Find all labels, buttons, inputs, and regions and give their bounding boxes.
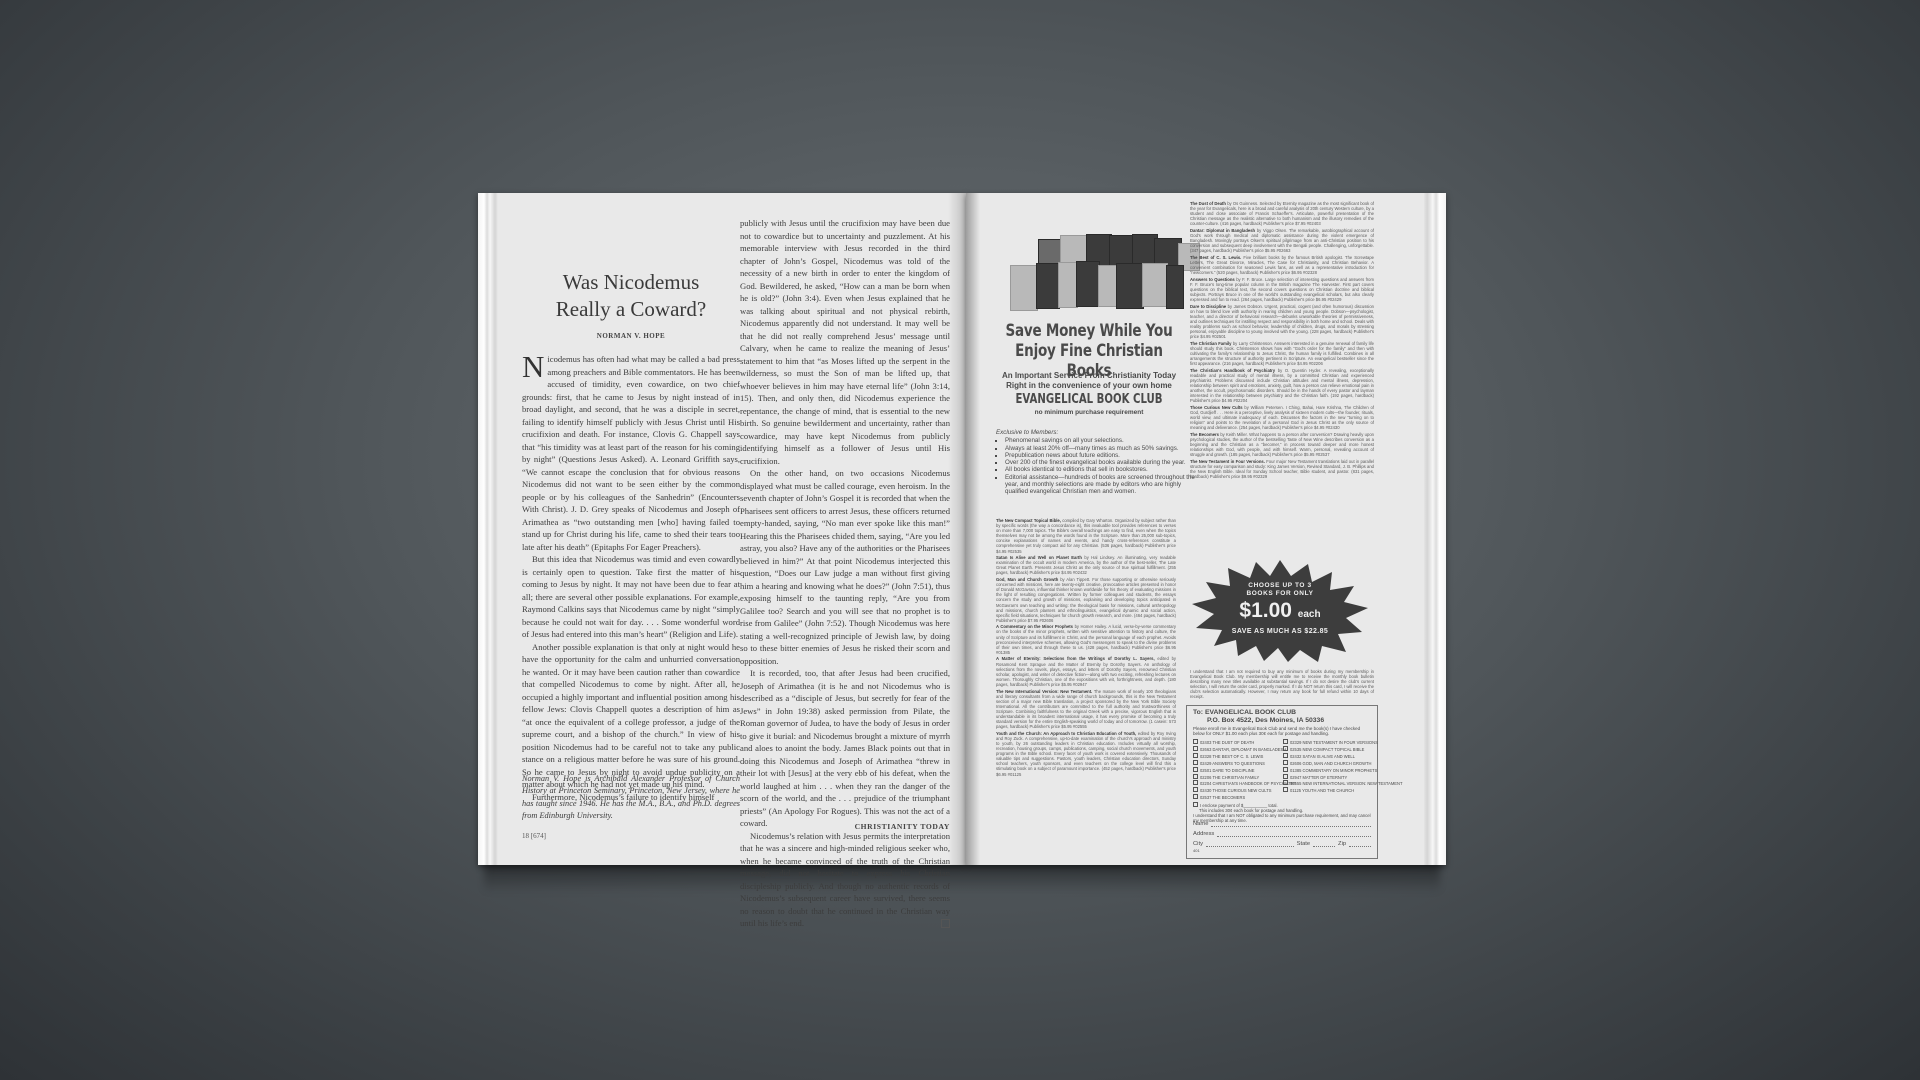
- book-body: compiled by Gary Wharton. Organized by s…: [996, 518, 1176, 554]
- zip-input-line[interactable]: [1349, 840, 1371, 847]
- paragraph-text: Nicodemus’s relation with Jesus permits …: [740, 831, 950, 929]
- page-edge-left: [478, 193, 498, 865]
- zip-label: Zip: [1338, 841, 1346, 847]
- book-body: by James Dobson. Urgent, practical, coge…: [1190, 304, 1374, 340]
- checklist-col-2: 02329 NEW TESTAMENT IN FOUR VERSIONS 025…: [1283, 739, 1371, 794]
- book-description: The New International Version: New Testa…: [996, 689, 1176, 730]
- book-checkbox[interactable]: 02403 THE DUST OF DEATH: [1193, 739, 1281, 746]
- benefit-item: Editorial assistance—hundreds of books a…: [1005, 474, 1196, 496]
- paragraph: On the other hand, on two occasions Nico…: [740, 467, 950, 667]
- drop-cap: N: [522, 354, 544, 380]
- benefit-item: Prepublication news about future edition…: [1005, 452, 1196, 459]
- book-description: The Christian Family by Larry Christenso…: [1190, 341, 1374, 366]
- coupon-to: To: EVANGELICAL BOOK CLUB: [1193, 709, 1324, 717]
- book-checkbox[interactable]: 02432 SATAN IS ALIVE AND WELL: [1283, 753, 1371, 760]
- paragraph: Nicodemus has often had what may be call…: [522, 353, 740, 553]
- article-byline: NORMAN V. HOPE: [522, 332, 740, 340]
- book-description: A Matter of Eternity: Selections from th…: [996, 656, 1176, 687]
- checkbox-label: 02204 CHRISTIAN'S HANDBOOK OF PSYCHIATRY: [1200, 781, 1296, 786]
- benefits-list: Phenomenal savings on all your selection…: [996, 437, 1196, 495]
- book-description: The Dust of Death by Os Guinness. Select…: [1190, 201, 1374, 226]
- checkbox-icon[interactable]: [1283, 760, 1288, 765]
- state-input-line[interactable]: [1313, 840, 1335, 847]
- book-checkbox[interactable]: 02328 THE BEST OF C. S. LEWIS: [1193, 753, 1281, 760]
- address-label: Address: [1193, 831, 1214, 837]
- benefit-item: All books identical to editions that sel…: [1005, 466, 1196, 473]
- book-checkbox[interactable]: 02501 DARE TO DISCIPLINE: [1193, 767, 1281, 774]
- checkbox-label: 02537 THE BECOMERS: [1200, 795, 1245, 800]
- title-line-1: Was Nicodemus: [522, 269, 740, 296]
- checkbox-icon[interactable]: [1283, 787, 1288, 792]
- book-checkbox[interactable]: 02663 DANTAR, DIPLOMAT IN BANGLADESH: [1193, 746, 1281, 753]
- benefit-item: Always at least 20% off—many times as mu…: [1005, 445, 1196, 452]
- benefits-header: Exclusive to Members:: [996, 429, 1196, 436]
- name-field[interactable]: Name: [1193, 820, 1371, 827]
- name-label: Name: [1193, 821, 1208, 827]
- book-body: The mature work of nearly 100 theologian…: [996, 689, 1176, 730]
- club-name: EVANGELICAL BOOK CLUB: [1007, 392, 1171, 407]
- book-description: Satan Is Alive and Well on Planet Earth …: [996, 555, 1176, 575]
- coupon-po-box: P.O. Box 4522, Des Moines, IA 50336: [1193, 717, 1324, 725]
- book-checkbox[interactable]: 02555 NEW INTERNATIONAL VERSION: NEW TES…: [1283, 780, 1371, 787]
- checkbox-label: 01125 YOUTH AND THE CHURCH: [1290, 788, 1354, 793]
- book-descriptions-right: The Dust of Death by Os Guinness. Select…: [1190, 201, 1374, 551]
- book-checkbox[interactable]: 02535 NEW COMPACT TOPICAL BIBLE: [1283, 746, 1371, 753]
- checkbox-icon[interactable]: [1193, 753, 1198, 758]
- book-description: The Christian's Handbook of Psychiatry b…: [1190, 368, 1374, 404]
- coupon-code: 401: [1193, 848, 1200, 853]
- book-description: Dare to Discipline by James Dobson. Urge…: [1190, 304, 1374, 340]
- left-page: Was Nicodemus Really a Coward? NORMAN V.…: [478, 193, 966, 865]
- burst-save: SAVE AS MUCH AS $22.85: [1190, 628, 1370, 635]
- checkbox-label: 02329 NEW TESTAMENT IN FOUR VERSIONS: [1290, 740, 1378, 745]
- checkbox-icon[interactable]: [1283, 753, 1288, 758]
- right-page: Save Money While You Enjoy Fine Christia…: [966, 193, 1446, 865]
- state-label: State: [1297, 841, 1311, 847]
- checkbox-icon[interactable]: [1193, 760, 1198, 765]
- checkbox-label: 02430 THOSE CURIOUS NEW CULTS: [1200, 788, 1272, 793]
- checkbox-label: 02535 NEW COMPACT TOPICAL BIBLE: [1290, 747, 1364, 752]
- ad-subheadline: An Important Service From Christianity T…: [984, 371, 1194, 391]
- checkbox-icon[interactable]: [1283, 774, 1288, 779]
- checkbox-label: 02328 THE BEST OF C. S. LEWIS: [1200, 754, 1263, 759]
- headline-line-1: Save Money While You: [1003, 321, 1175, 341]
- paragraph: Nicodemus’s relation with Jesus permits …: [740, 830, 950, 930]
- book-checkbox[interactable]: 01125 YOUTH AND THE CHURCH: [1283, 787, 1371, 794]
- page-number: 18 [674]: [522, 832, 546, 840]
- book-description: The Becomers by Keith Miller. What happe…: [1190, 432, 1374, 457]
- checklist-col-1: 02403 THE DUST OF DEATH 02663 DANTAR, DI…: [1193, 739, 1281, 801]
- author-bio: Norman V. Hope is Archibald Alexander Pr…: [522, 773, 740, 822]
- checkbox-label: 02606 GOD, MAN AND CHURCH GROWTH: [1290, 761, 1371, 766]
- order-coupon: To: EVANGELICAL BOOK CLUB P.O. Box 4522,…: [1186, 705, 1378, 859]
- burst-line-1: CHOOSE UP TO 3: [1190, 582, 1370, 590]
- burst-price: $1.00 each: [1190, 599, 1370, 623]
- checkbox-icon[interactable]: [1283, 767, 1288, 772]
- burst-line-2: BOOKS FOR ONLY: [1190, 590, 1370, 598]
- gutter-shade: [966, 193, 980, 865]
- book-body: by O. Quentin Hyder. A revealing, except…: [1190, 368, 1374, 404]
- checkbox-icon[interactable]: [1193, 739, 1198, 744]
- coupon-address: To: EVANGELICAL BOOK CLUB P.O. Box 4522,…: [1193, 709, 1324, 725]
- book-checkbox[interactable]: 02206 THE CHRISTIAN FAMILY: [1193, 774, 1281, 781]
- benefit-item: Over 200 of the finest evangelical books…: [1005, 459, 1196, 466]
- book-description: The New Compact Topical Bible, compiled …: [996, 518, 1176, 554]
- price-suffix: each: [1298, 609, 1321, 620]
- burst-choose: CHOOSE UP TO 3 BOOKS FOR ONLY: [1190, 582, 1370, 598]
- running-footer: CHRISTIANITY TODAY: [740, 822, 950, 831]
- book-descriptions-left: The New Compact Topical Bible, compiled …: [996, 518, 1176, 858]
- checkbox-label: 02947 MATTER OF ETERNITY: [1290, 775, 1347, 780]
- book-checkbox[interactable]: 02429 ANSWERS TO QUESTIONS: [1193, 760, 1281, 767]
- page-edge-right: [1424, 193, 1446, 865]
- gutter-shade: [948, 193, 966, 865]
- book-body: by Homer Hailey. A lucid, verse-by-verse…: [996, 624, 1176, 654]
- end-mark-icon: [941, 919, 950, 928]
- subhead-line-1: An Important Service From Christianity T…: [984, 371, 1194, 381]
- checkbox-icon[interactable]: [1193, 774, 1198, 779]
- subhead-line-2: Right in the convenience of your own hom…: [984, 381, 1194, 391]
- book-description: Dantar: Diplomat in Bangladesh by Viggo …: [1190, 228, 1374, 253]
- checkbox-icon[interactable]: [1283, 739, 1288, 744]
- book-covers-image: [998, 229, 1188, 311]
- book-description: The New Testament in Four Versions. Four…: [1190, 459, 1374, 479]
- title-line-2: Really a Coward?: [522, 296, 740, 323]
- paragraph-text: icodemus has often had what may be calle…: [522, 354, 740, 552]
- checkbox-icon[interactable]: [1193, 767, 1198, 772]
- checkbox-label: 02663 DANTAR, DIPLOMAT IN BANGLADESH: [1200, 747, 1286, 752]
- article-column-1: Nicodemus has often had what may be call…: [522, 353, 740, 803]
- checkbox-label: 02206 THE CHRISTIAN FAMILY: [1200, 775, 1259, 780]
- city-input-line[interactable]: [1206, 840, 1294, 847]
- book-body: edited by Rosamond Kent Sprague and the …: [996, 656, 1176, 686]
- book-description: Those Curious New Cults by William Peter…: [1190, 405, 1374, 430]
- book-description: Answers to Questions by F. F. Bruce. Lar…: [1190, 277, 1374, 302]
- burst-offer: CHOOSE UP TO 3 BOOKS FOR ONLY $1.00 each…: [1190, 558, 1370, 663]
- checkbox-icon[interactable]: [1193, 794, 1198, 799]
- checkbox-icon[interactable]: [1193, 802, 1198, 807]
- no-minimum-note: no minimum purchase requirement: [984, 409, 1194, 416]
- city-label: City: [1193, 841, 1203, 847]
- checkbox-label: 01385 COMMENTARY ON MINOR PROPHETS: [1290, 768, 1377, 773]
- book-description: God, Man and Church Growth by Alan Tippe…: [996, 577, 1176, 623]
- name-input-line[interactable]: [1211, 820, 1371, 827]
- member-benefits: Exclusive to Members: Phenomenal savings…: [996, 429, 1196, 496]
- checkbox-icon[interactable]: [1283, 746, 1288, 751]
- paragraph: publicly with Jesus until the crucifixio…: [740, 217, 950, 467]
- book-body: edited by Roy Irving and Roy Zuck. A com…: [996, 731, 1176, 777]
- benefit-item: Phenomenal savings on all your selection…: [1005, 437, 1196, 444]
- book-checkbox[interactable]: 01385 COMMENTARY ON MINOR PROPHETS: [1283, 767, 1371, 774]
- book-description: A Commentary on the Minor Prophets by Ho…: [996, 624, 1176, 655]
- checkbox-icon[interactable]: [1193, 787, 1198, 792]
- paragraph: It is recorded, too, that after Jesus ha…: [740, 667, 950, 830]
- book-checkbox[interactable]: 02204 CHRISTIAN'S HANDBOOK OF PSYCHIATRY: [1193, 780, 1281, 787]
- price-value: $1.00: [1239, 599, 1292, 622]
- membership-agreement: I understand that I am not required to b…: [1190, 669, 1374, 700]
- book-checkbox[interactable]: 02947 MATTER OF ETERNITY: [1283, 774, 1371, 781]
- book-checkbox[interactable]: 02606 GOD, MAN AND CHURCH GROWTH: [1283, 760, 1371, 767]
- book-checkbox[interactable]: 02430 THOSE CURIOUS NEW CULTS: [1193, 787, 1281, 794]
- paragraph: Another possible explanation is that onl…: [522, 641, 740, 791]
- checkbox-icon[interactable]: [1283, 780, 1288, 785]
- book-checkbox[interactable]: 02329 NEW TESTAMENT IN FOUR VERSIONS: [1283, 739, 1371, 746]
- checkbox-icon[interactable]: [1193, 746, 1198, 751]
- checkbox-label: 02403 THE DUST OF DEATH: [1200, 740, 1254, 745]
- enroll-text: Please enroll me in Evangelical Book Clu…: [1193, 726, 1369, 736]
- book-checkbox[interactable]: 02537 THE BECOMERS: [1193, 794, 1281, 801]
- book-body: by Alan Tippett. For those supporting or…: [996, 577, 1176, 623]
- checkbox-label: 02501 DARE TO DISCIPLINE: [1200, 768, 1254, 773]
- city-state-zip-field[interactable]: City State Zip: [1193, 840, 1371, 847]
- book-description: Youth and the Church: An Approach to Chr…: [996, 731, 1176, 777]
- address-field[interactable]: Address: [1193, 830, 1371, 837]
- magazine-spread: Was Nicodemus Really a Coward? NORMAN V.…: [478, 193, 1446, 869]
- book-description: The Best of C. S. Lewis. Five brilliant …: [1190, 255, 1374, 275]
- checkbox-icon[interactable]: [1193, 780, 1198, 785]
- paragraph: But this idea that Nicodemus was timid a…: [522, 553, 740, 641]
- checkbox-label: 02432 SATAN IS ALIVE AND WELL: [1290, 754, 1355, 759]
- checkbox-label: 02555 NEW INTERNATIONAL VERSION: NEW TES…: [1290, 781, 1402, 786]
- checkbox-label: 02429 ANSWERS TO QUESTIONS: [1200, 761, 1265, 766]
- address-input-line[interactable]: [1217, 830, 1371, 837]
- article-title: Was Nicodemus Really a Coward?: [522, 269, 740, 323]
